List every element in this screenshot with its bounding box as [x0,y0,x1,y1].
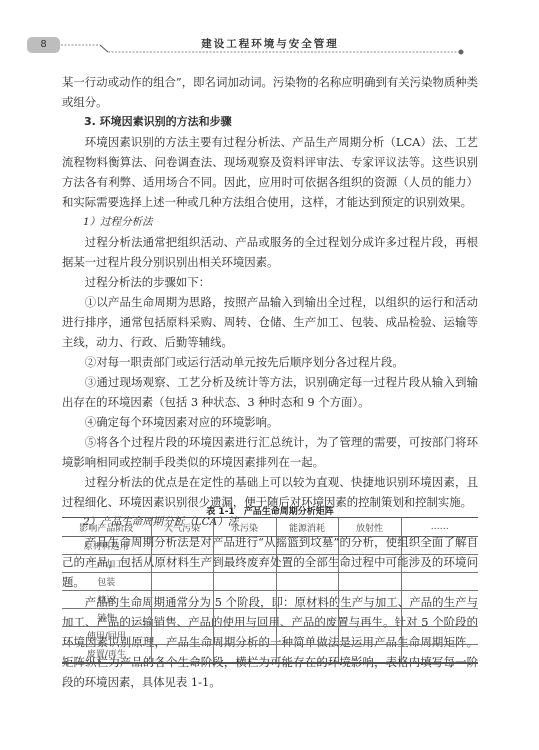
table-cell [401,537,478,555]
table-cell [276,627,338,645]
page-number: 8 [27,37,60,53]
subsection-heading: 1）过程分析法 [62,212,478,232]
table-cell [401,573,478,591]
section-heading: 3. 环境因素识别的方法和步骤 [62,112,478,132]
stage-cell: 生产加工 [62,555,151,573]
column-header: 大气污染 [151,518,213,537]
table-cell [276,573,338,591]
table-cell [151,609,213,627]
stage-cell: 废置/再生 [62,645,151,664]
paragraph: 过程分析法的步骤如下： [62,272,478,292]
table-row: 生产加工 [62,555,478,573]
stage-cell: 销售 [62,609,151,627]
table-cell [276,609,338,627]
lca-matrix-table: 影响产品阶段 大气污染 水污染 能源消耗 放射性 …… 原材料选用 生产加工 包… [62,517,478,664]
column-header: 放射性 [338,518,401,537]
table-cell [151,627,213,645]
paragraph: 某一行动或动作的组合”，即名词加动词。污染物的名称应明确到有关污染物质种类或组分… [62,72,478,112]
table-cell [213,537,276,555]
table-row: 储运 [62,591,478,609]
table-cell [401,645,478,664]
running-title: 建设工程环境与安全管理 [180,36,360,51]
stage-cell: 原材料选用 [62,537,151,555]
table-cell [213,591,276,609]
stage-cell: 使用/回用 [62,627,151,645]
table-cell [213,627,276,645]
column-header: …… [401,518,478,537]
table-row: 废置/再生 [62,645,478,664]
table-cell [213,573,276,591]
column-header: 能源消耗 [276,518,338,537]
table-cell [338,555,401,573]
table-row: 原材料选用 [62,537,478,555]
stage-cell: 包装 [62,573,151,591]
table-cell [338,609,401,627]
table-cell [151,645,213,664]
table-row: 销售 [62,609,478,627]
stage-cell: 储运 [62,591,151,609]
page-header: 8 建设工程环境与安全管理 [0,0,539,60]
table-row: 使用/回用 [62,627,478,645]
column-header: 影响产品阶段 [62,518,151,537]
step-item: ③通过现场观察、工艺分析及统计等方法，识别确定每一过程片段从输入到输出存在的环境… [62,372,478,412]
step-item: ①以产品生命周期为思路，按照产品输入到输出全过程，以组织的运行和活动进行排序，通… [62,292,478,352]
table-cell [213,645,276,664]
table-cell [151,573,213,591]
table-cell [151,555,213,573]
table-cell [151,591,213,609]
table-cell [401,627,478,645]
table-cell [213,609,276,627]
table-cell [401,591,478,609]
step-item: ②对每一职责部门或运行活动单元按先后顺序划分各过程片段。 [62,352,478,372]
table-cell [213,555,276,573]
table-cell [338,627,401,645]
table-row: 包装 [62,573,478,591]
table-cell [276,645,338,664]
table-cell [338,591,401,609]
header-rule-decoration [0,0,539,60]
table-cell [401,555,478,573]
table-header-row: 影响产品阶段 大气污染 水污染 能源消耗 放射性 …… [62,518,478,537]
table-cell [276,555,338,573]
column-header: 水污染 [213,518,276,537]
table-cell [338,537,401,555]
table-cell [151,537,213,555]
step-item: ⑤将各个过程片段的环境因素进行汇总统计，为了管理的需要，可按部门将环境影响相同或… [62,432,478,472]
table-caption: 表 1-1 产品生命周期分析矩阵 [62,504,478,517]
table-cell [338,573,401,591]
paragraph: 过程分析法通常把组织活动、产品或服务的全过程划分成许多过程片段，再根据某一过程片… [62,232,478,272]
table-cell [276,537,338,555]
paragraph: 环境因素识别的方法主要有过程分析法、产品生产周期分析（LCA）法、工艺流程物料衡… [62,132,478,212]
step-item: ④确定每个环境因素对应的环境影响。 [62,412,478,432]
table-cell [338,645,401,664]
table-cell [276,591,338,609]
table-cell [401,609,478,627]
